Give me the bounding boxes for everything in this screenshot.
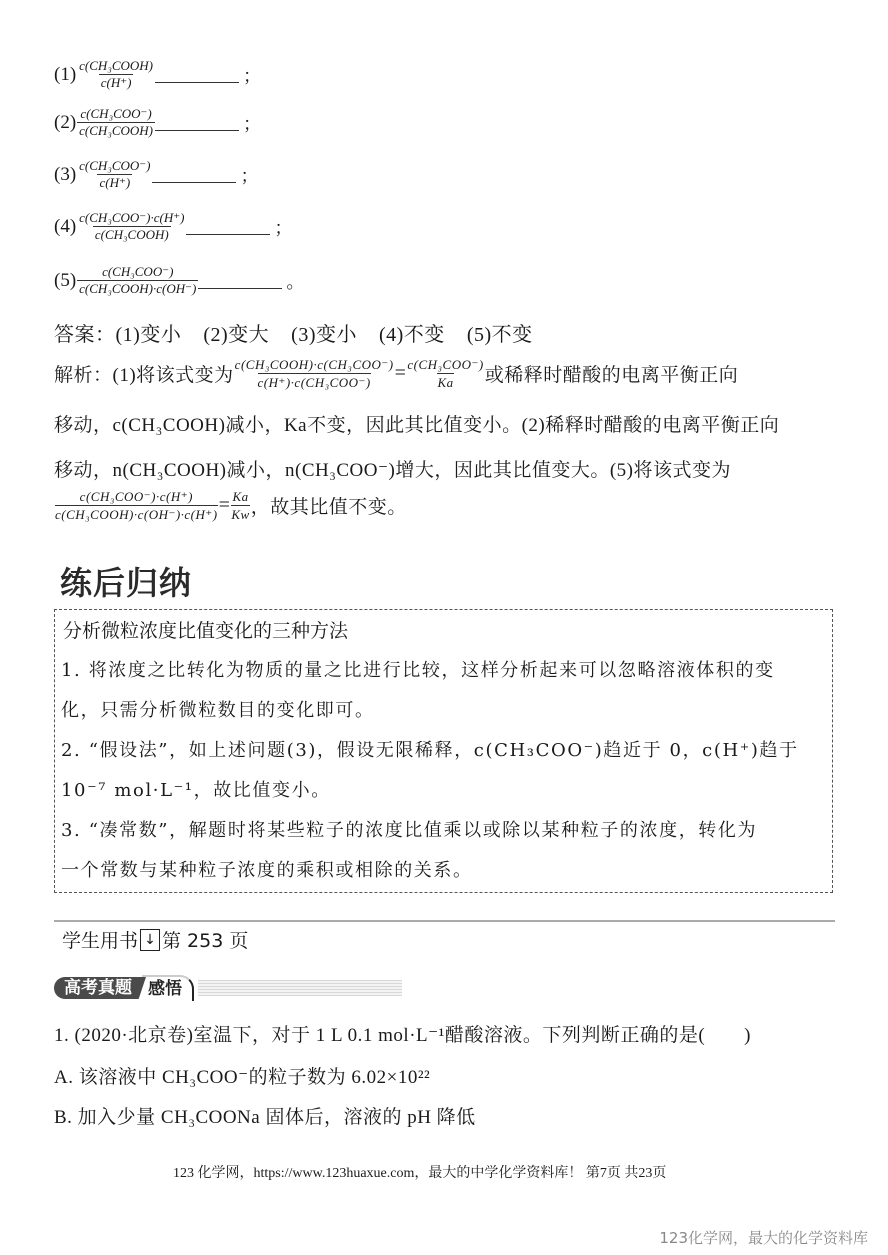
summary-paragraph: 1. 将浓度之比转化为物质的量之比进行比较，这样分析起来可以忽略溶液体积的变	[61, 656, 775, 682]
numerator: c(CH₃COO⁻)	[77, 158, 152, 174]
question-number: (3)	[54, 164, 76, 186]
summary-paragraph: 10⁻⁷ mol·L⁻¹，故比值变小。	[61, 776, 331, 802]
equals-sign: =	[395, 362, 407, 385]
watermark: 123化学网，最大的化学资料库	[659, 1227, 868, 1248]
banner-stripes	[198, 980, 402, 996]
answer-item: (2)变大	[203, 324, 269, 346]
numerator: c(CH₃COOH)	[77, 58, 155, 74]
question-2: (2) c(CH₃COO⁻) c(CH₃COOH) ；	[54, 106, 261, 139]
arrow-down-icon: ↓	[140, 929, 160, 951]
question-number: (1)	[54, 64, 76, 86]
denominator: c(H⁺)·c(CH₃COO⁻)	[258, 373, 371, 391]
denominator: c(CH₃COOH)	[77, 122, 155, 139]
textbook-reference: 学生用书 ↓ 第 253 页	[62, 926, 248, 953]
exam-question: 1. (2020·北京卷)室温下，对于 1 L 0.1 mol·L⁻¹醋酸溶液。…	[54, 1020, 751, 1047]
numerator: c(CH₃COO⁻)·c(H⁺)	[77, 210, 186, 226]
fraction: Ka Kw	[231, 488, 249, 523]
question-1: (1) c(CH₃COOH) c(H⁺) ；	[54, 58, 261, 91]
answer-blank	[155, 68, 239, 83]
analysis-line-4: c(CH₃COO⁻)·c(H⁺) c(CH₃COOH)·c(OH⁻)·c(H⁺)…	[54, 488, 407, 523]
question-3: (3) c(CH₃COO⁻) c(H⁺) ；	[54, 158, 258, 191]
fraction: c(CH₃COOH) c(H⁺)	[77, 58, 155, 91]
analysis-text: ，故其比值不变。	[251, 492, 407, 519]
analysis-line-2: 移动，c(CH₃COOH)减小，Ka不变，因此其比值变小。(2)稀释时醋酸的电离…	[54, 410, 779, 437]
answer-blank	[186, 220, 270, 235]
denominator: c(CH₃COOH)·c(OH⁻)·c(H⁺)	[55, 505, 218, 523]
denominator: c(H⁺)	[99, 74, 134, 91]
punctuation: ；	[240, 162, 258, 188]
equals-sign: =	[219, 494, 231, 517]
fraction: c(CH₃COOH)·c(CH₃COO⁻) c(H⁺)·c(CH₃COO⁻)	[235, 356, 394, 391]
banner-label-dark: 高考真题	[54, 977, 146, 999]
analysis-line-1: 解析： (1)将该式变为 c(CH₃COOH)·c(CH₃COO⁻) c(H⁺)…	[54, 356, 738, 391]
analysis-label: 解析：	[54, 360, 113, 387]
numerator: c(CH₃COO⁻)	[100, 264, 175, 280]
answer-blank	[198, 274, 282, 289]
denominator: Kw	[231, 505, 249, 523]
punctuation: ；	[274, 214, 292, 240]
numerator: c(CH₃COO⁻)	[407, 356, 483, 373]
answer-item: (5)不变	[467, 324, 533, 346]
punctuation: ；	[243, 62, 261, 88]
fraction: c(CH₃COO⁻)·c(H⁺) c(CH₃COOH)·c(OH⁻)·c(H⁺)	[55, 488, 218, 523]
answer-blank	[152, 168, 236, 183]
numerator: c(CH₃COO⁻)·c(H⁺)	[80, 488, 193, 505]
summary-paragraph: 一个常数与某种粒子浓度的乘积或相除的关系。	[61, 856, 473, 882]
summary-box: 分析微粒浓度比值变化的三种方法 1. 将浓度之比转化为物质的量之比进行比较，这样…	[54, 609, 833, 893]
fraction: c(CH₃COO⁻) Ka	[407, 356, 483, 391]
page-footer: 123 化学网，https://www.123huaxue.com，最大的中学化…	[173, 1162, 666, 1182]
fraction: c(CH₃COO⁻)·c(H⁺) c(CH₃COOH)	[77, 210, 186, 243]
question-number: (4)	[54, 216, 76, 238]
summary-paragraph: 化，只需分析微粒数目的变化即可。	[61, 696, 375, 722]
answer-item: (1)变小	[116, 324, 182, 346]
question-number: (2)	[54, 112, 76, 134]
denominator: c(H⁺)	[97, 174, 132, 191]
banner-label-light: 感悟	[142, 975, 194, 1001]
analysis-text: (1)将该式变为	[113, 360, 234, 387]
reference-page: 第 253 页	[162, 926, 248, 953]
summary-title: 分析微粒浓度比值变化的三种方法	[63, 616, 348, 643]
denominator: Ka	[437, 373, 453, 391]
denominator: c(CH₃COOH)·c(OH⁻)	[77, 280, 198, 297]
summary-paragraph: 3. “凑常数”，解题时将某些粒子的浓度比值乘以或除以某种粒子的浓度，转化为	[61, 816, 757, 842]
answer-label: 答案：	[54, 322, 116, 346]
exam-option-a: A. 该溶液中 CH₃COO⁻的粒子数为 6.02×10²²	[54, 1062, 430, 1089]
summary-paragraph: 2. “假设法”，如上述问题(3)，假设无限稀释，c(CH₃COO⁻)趋近于 0…	[61, 736, 799, 762]
punctuation: 。	[286, 268, 304, 294]
punctuation: ；	[243, 110, 261, 136]
numerator: c(CH₃COOH)·c(CH₃COO⁻)	[235, 356, 394, 373]
answer-item: (3)变小	[291, 324, 357, 346]
exam-option-b: B. 加入少量 CH₃COONa 固体后，溶液的 pH 降低	[54, 1102, 476, 1129]
answer-line: 答案：(1)变小 (2)变大 (3)变小 (4)不变 (5)不变	[54, 318, 533, 347]
section-heading: 练后归纳	[60, 558, 192, 604]
reference-label: 学生用书	[62, 926, 138, 953]
numerator: c(CH₃COO⁻)	[78, 106, 153, 122]
question-number: (5)	[54, 270, 76, 292]
divider	[54, 920, 835, 922]
answer-blank	[155, 116, 239, 131]
answer-item: (4)不变	[379, 324, 445, 346]
analysis-text: 或稀释时醋酸的电离平衡正向	[485, 360, 739, 387]
numerator: Ka	[232, 488, 248, 505]
fraction: c(CH₃COO⁻) c(CH₃COOH)·c(OH⁻)	[77, 264, 198, 297]
section-banner: 高考真题 感悟	[54, 976, 402, 1000]
question-5: (5) c(CH₃COO⁻) c(CH₃COOH)·c(OH⁻) 。	[54, 264, 304, 297]
question-4: (4) c(CH₃COO⁻)·c(H⁺) c(CH₃COOH) ；	[54, 210, 292, 243]
denominator: c(CH₃COOH)	[93, 226, 171, 243]
fraction: c(CH₃COO⁻) c(CH₃COOH)	[77, 106, 155, 139]
fraction: c(CH₃COO⁻) c(H⁺)	[77, 158, 152, 191]
analysis-line-3: 移动，n(CH₃COOH)减小，n(CH₃COO⁻)增大，因此其比值变大。(5)…	[54, 455, 731, 482]
